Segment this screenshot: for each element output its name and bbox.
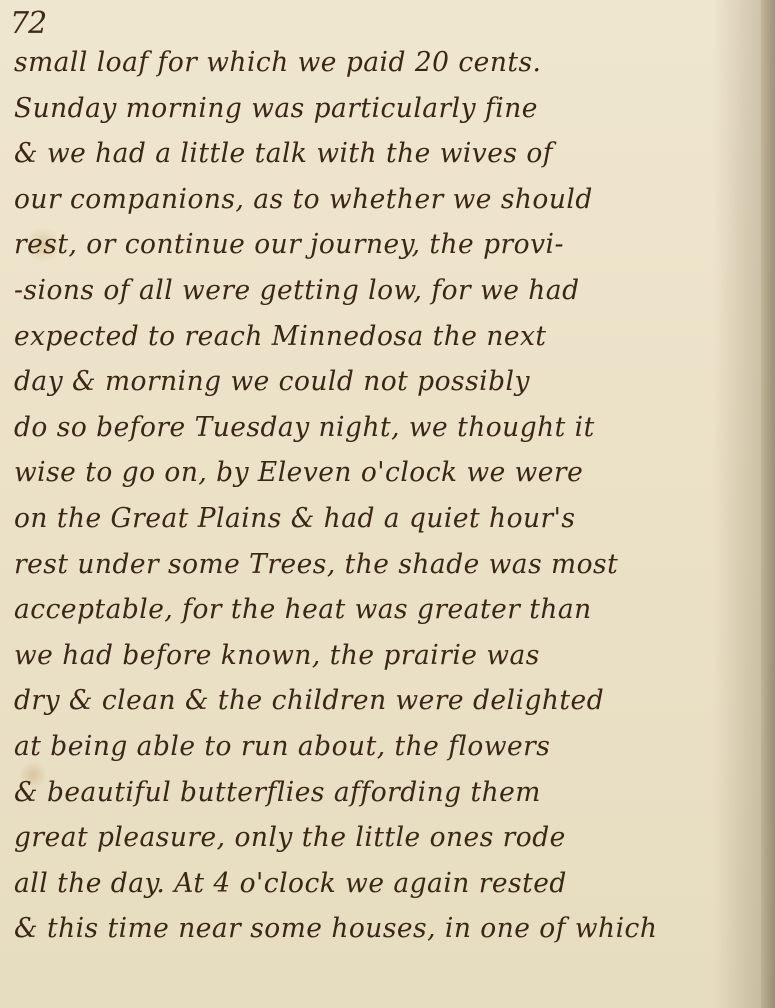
text-line: rest, or continue our journey, the provi… [14, 222, 744, 268]
text-line: acceptable, for the heat was greater tha… [14, 587, 744, 633]
text-line: all the day. At 4 o'clock we again reste… [14, 861, 744, 907]
text-line: wise to go on, by Eleven o'clock we were [14, 450, 744, 496]
text-line: we had before known, the prairie was [14, 633, 744, 679]
text-line: dry & clean & the children were delighte… [14, 678, 744, 724]
text-line: & beautiful butterflies affording them [14, 770, 744, 816]
page-number: 72 [10, 6, 46, 41]
text-line: day & morning we could not possibly [14, 359, 744, 405]
handwritten-text-body: small loaf for which we paid 20 cents. S… [14, 40, 759, 952]
text-line: Sunday morning was particularly fine [14, 86, 744, 132]
text-line: on the Great Plains & had a quiet hour's [14, 496, 744, 542]
text-line: at being able to run about, the flowers [14, 724, 744, 770]
text-line: rest under some Trees, the shade was mos… [14, 542, 744, 588]
text-line: expected to reach Minnedosa the next [14, 314, 744, 360]
manuscript-page: 72 small loaf for which we paid 20 cents… [0, 0, 775, 1008]
text-line: & we had a little talk with the wives of [14, 131, 744, 177]
text-line: our companions, as to whether we should [14, 177, 744, 223]
page-edge-shadow [761, 0, 775, 1008]
text-line: great pleasure, only the little ones rod… [14, 815, 744, 861]
text-line: & this time near some houses, in one of … [14, 906, 744, 952]
text-line: do so before Tuesday night, we thought i… [14, 405, 744, 451]
text-line: -sions of all were getting low, for we h… [14, 268, 744, 314]
text-line: small loaf for which we paid 20 cents. [14, 40, 744, 86]
